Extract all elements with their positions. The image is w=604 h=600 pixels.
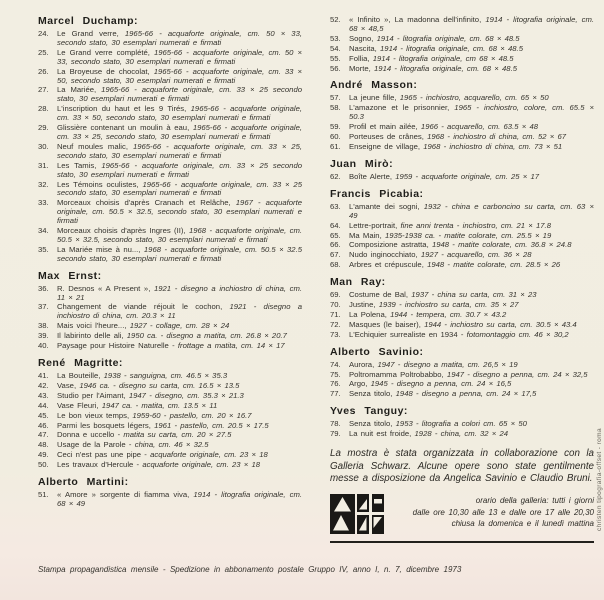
item-title: Aurora, xyxy=(349,360,377,369)
item-detail: 1927 - acquarello, cm. 36 × 28 xyxy=(421,250,532,259)
item-title: Senza titolo, xyxy=(349,389,396,398)
item-number: 42. xyxy=(38,382,49,391)
item-number: 67. xyxy=(330,251,341,260)
artist-heading: Yves Tanguy: xyxy=(330,406,594,417)
catalog-item: 29.Glissière contenant un moulin à eau, … xyxy=(38,124,302,142)
item-detail: 1968 - inchiostro di china, cm. 52 × 67 xyxy=(427,132,566,141)
item-number: 46. xyxy=(38,422,49,431)
item-number: 61. xyxy=(330,143,341,152)
catalog-item: 56.Morte, 1914 - litografia originale, c… xyxy=(330,65,594,74)
catalog-item: 48.Usage de la Parole - china, cm. 46 × … xyxy=(38,441,302,450)
item-title: Mais voici l'heure..., xyxy=(57,321,130,330)
item-number: 68. xyxy=(330,261,341,270)
item-number: 51. xyxy=(38,491,49,500)
item-title: Le Grand verre, xyxy=(57,29,125,38)
item-title: Costume de Bal, xyxy=(349,290,411,299)
item-title: L'amante dei sogni, xyxy=(349,202,424,211)
item-detail: 1935-1938 ca. - matite colorate, cm. 25.… xyxy=(385,231,551,240)
item-number: 55. xyxy=(330,55,341,64)
item-detail: fotomontaggio cm. 46 × 30,2 xyxy=(467,330,569,339)
item-title: Morte, xyxy=(349,64,374,73)
item-title: Follia, xyxy=(349,54,373,63)
item-detail: acquaforte originale, cm. 23 × 18 xyxy=(142,460,260,469)
item-title: Changement de viande réjouit le cochon, xyxy=(57,302,229,311)
item-detail: acquaforte originale, cm. 23 × 18 xyxy=(150,450,268,459)
item-detail: fine anni trenta - inchiostro, cm. 21 × … xyxy=(401,221,551,230)
catalog-item: 37.Changement de viande réjouit le cocho… xyxy=(38,303,302,321)
catalog-item: 39.Il labirinto delle ali, 1950 ca. - di… xyxy=(38,332,302,341)
item-detail: 1961 - pastello, cm. 20.5 × 17.5 xyxy=(154,421,269,430)
catalog-item: 61.Enseigne de village, 1968 - inchiostr… xyxy=(330,143,594,152)
item-number: 37. xyxy=(38,303,49,312)
exhibition-note: La mostra è stata organizzata in collabo… xyxy=(330,448,594,485)
schwarz-logo-icon xyxy=(330,494,384,534)
item-detail: 1947 - disegno, cm. 35.3 × 21.3 xyxy=(129,391,244,400)
item-title: Usage de la Parole - xyxy=(57,440,135,449)
catalog-item: 53.Sogno, 1914 - litografia originale, c… xyxy=(330,35,594,44)
item-number: 24. xyxy=(38,30,49,39)
catalog-item: 74.Aurora, 1947 - disegno a matita, cm. … xyxy=(330,361,594,370)
item-title: L'inscription du haut et les 9 Tirés, xyxy=(57,104,191,113)
item-title: Boîte Alerte, xyxy=(349,172,395,181)
catalog-item: 44.Vase Fleuri, 1947 ca. - matita, cm. 1… xyxy=(38,402,302,411)
item-number: 30. xyxy=(38,143,49,152)
catalog-item: 78.Senza titolo, 1953 - litografia a col… xyxy=(330,420,594,429)
item-detail: 1959 - acquaforte originale, cm. 25 × 17 xyxy=(395,172,539,181)
catalog-item: 79.La nuit est froide, 1928 - china, cm.… xyxy=(330,430,594,439)
catalog-item: 70.Justine, 1939 - inchiostro su carta, … xyxy=(330,301,594,310)
catalog-item: 28.L'inscription du haut et les 9 Tirés,… xyxy=(38,105,302,123)
catalog-item: 32.Les Témoins oculistes, 1965-66 - acqu… xyxy=(38,181,302,199)
item-detail: 1938 - sanguigna, cm. 46.5 × 35.3 xyxy=(104,371,228,380)
item-detail: 1945 - disegno a penna, cm. 24 × 16,5 xyxy=(371,379,512,388)
item-detail: 1965 - inchiostro, acquarello, cm. 65 × … xyxy=(400,93,549,102)
gallery-info-row: orario della galleria: tutti i giornidal… xyxy=(330,494,594,534)
item-title: La jeune fille, xyxy=(349,93,400,102)
artist-heading: Max Ernst: xyxy=(38,271,302,282)
item-number: 40. xyxy=(38,342,49,351)
catalog-item: 45.Le bon vieux temps, 1959-60 - pastell… xyxy=(38,412,302,421)
item-number: 50. xyxy=(38,461,49,470)
item-detail: 1947 ca. - matita, cm. 13.5 × 11 xyxy=(102,401,217,410)
item-number: 39. xyxy=(38,332,49,341)
artist-heading: Juan Mirò: xyxy=(330,159,594,170)
catalog-item: 62.Boîte Alerte, 1959 - acquaforte origi… xyxy=(330,173,594,182)
gallery-hours-line: orario della galleria: tutti i giorni xyxy=(384,495,594,507)
item-detail: frottage a matita, cm. 14 × 17 xyxy=(178,341,285,350)
gallery-hours-line: chiusa la domenica e il lunedì mattina xyxy=(384,518,594,530)
catalog-item: 25.Le Grand verre complété, 1965-66 - ac… xyxy=(38,49,302,67)
catalog-item: 75.Poltromamma Poltrobabbo, 1947 - diseg… xyxy=(330,371,594,380)
item-number: 29. xyxy=(38,124,49,133)
item-number: 35. xyxy=(38,246,49,255)
item-number: 76. xyxy=(330,380,341,389)
artist-heading: Francis Picabia: xyxy=(330,189,594,200)
item-number: 71. xyxy=(330,311,341,320)
item-title: Parmi les bosquets légers, xyxy=(57,421,154,430)
catalog-item: 73.L'Echiquier surrealiste en 1934 - fot… xyxy=(330,331,594,340)
item-detail: 1947 - disegno a penna, cm. 24 × 32,5 xyxy=(447,370,588,379)
item-title: Les travaux d'Hercule - xyxy=(57,460,142,469)
catalog-item: 26.La Broyeuse de chocolat, 1965-66 - ac… xyxy=(38,68,302,86)
item-title: Ma Main, xyxy=(349,231,385,240)
item-title: « Infinito », La madonna dell'infinito, xyxy=(349,15,485,24)
catalog-item: 51.« Amore » sorgente di fiamma viva, 19… xyxy=(38,491,302,509)
item-number: 77. xyxy=(330,390,341,399)
catalog-item: 54.Nascita, 1914 - litografia originale,… xyxy=(330,45,594,54)
item-title: « Amore » sorgente di fiamma viva, xyxy=(57,490,193,499)
item-title: Nudo inginocchiato, xyxy=(349,250,421,259)
item-title: Justine, xyxy=(349,300,379,309)
item-detail: 1944 - inchiostro su carta, cm. 30.5 × 4… xyxy=(424,320,577,329)
item-number: 57. xyxy=(330,94,341,103)
item-detail: 1914 - litografia originale, cm. 68 × 48… xyxy=(377,34,520,43)
catalog-item: 47.Donna e uccello - matita su carta, cm… xyxy=(38,431,302,440)
item-title: La Mariée, xyxy=(57,85,101,94)
left-column: Marcel Duchamp:24.Le Grand verre, 1965-6… xyxy=(38,16,302,510)
gallery-hours-line: dalle ore 10,30 alle 13 e dalle ore 17 a… xyxy=(384,507,594,519)
artist-heading: Alberto Martini: xyxy=(38,477,302,488)
item-title: Lettre-portrait, xyxy=(349,221,401,230)
item-detail: 1959-60 - pastello, cm. 20 × 16.7 xyxy=(132,411,251,420)
printer-credit: christen tipografia-offset - roma xyxy=(596,428,603,531)
catalog-item: 42.Vase, 1946 ca. - disegno su carta, cm… xyxy=(38,382,302,391)
item-number: 28. xyxy=(38,105,49,114)
item-title: La Mariée mise à nu..., xyxy=(57,245,144,254)
item-number: 49. xyxy=(38,451,49,460)
item-title: Le Grand verre complété, xyxy=(57,48,154,57)
item-detail: 1914 - litografia originale, cm. 68 × 48… xyxy=(380,44,523,53)
item-number: 33. xyxy=(38,199,49,208)
item-title: Arbres et crépuscule, xyxy=(349,260,427,269)
item-title: La Broyeuse de chocolat, xyxy=(57,67,154,76)
item-number: 31. xyxy=(38,162,49,171)
catalog-item: 60.Porteuses de crânes, 1968 - inchiostr… xyxy=(330,133,594,142)
divider-rule xyxy=(330,541,594,543)
item-number: 62. xyxy=(330,173,341,182)
item-title: Argo, xyxy=(349,379,371,388)
item-title: L'amazone et le prisonnier, xyxy=(349,103,454,112)
item-number: 59. xyxy=(330,123,341,132)
catalog-item: 35.La Mariée mise à nu..., 1968 - acquaf… xyxy=(38,246,302,264)
item-title: Composizione astratta, xyxy=(349,240,432,249)
item-title: Les Témoins oculistes, xyxy=(57,180,142,189)
item-number: 41. xyxy=(38,372,49,381)
item-detail: china, cm. 46 × 32.5 xyxy=(135,440,209,449)
item-number: 27. xyxy=(38,86,49,95)
catalog-item: 34.Morceaux choisis d'après Ingres (II),… xyxy=(38,227,302,245)
artist-heading: Marcel Duchamp: xyxy=(38,16,302,27)
catalog-item: 27.La Mariée, 1965-66 - acquaforte origi… xyxy=(38,86,302,104)
catalog-item: 55.Follia, 1914 - litografia originale, … xyxy=(330,55,594,64)
item-number: 63. xyxy=(330,203,341,212)
catalog-item: 41.La Bouteille, 1938 - sanguigna, cm. 4… xyxy=(38,372,302,381)
item-title: Ceci n'est pas une pipe - xyxy=(57,450,150,459)
item-detail: 1914 - litografia originale, cm. 68 × 48… xyxy=(374,64,517,73)
item-number: 32. xyxy=(38,181,49,190)
item-number: 48. xyxy=(38,441,49,450)
item-title: Vase Fleuri, xyxy=(57,401,102,410)
artist-heading: Man Ray: xyxy=(330,277,594,288)
gallery-hours: orario della galleria: tutti i giornidal… xyxy=(384,494,594,530)
item-title: Masques (le baiser), xyxy=(349,320,424,329)
item-title: Profil et main ailée, xyxy=(349,122,421,131)
item-number: 78. xyxy=(330,420,341,429)
catalog-item: 65.Ma Main, 1935-1938 ca. - matite color… xyxy=(330,232,594,241)
item-number: 66. xyxy=(330,241,341,250)
item-number: 44. xyxy=(38,402,49,411)
item-detail: matita su carta, cm. 20 × 27.5 xyxy=(123,430,231,439)
imprint-line: Stampa propagandistica mensile - Spedizi… xyxy=(38,565,578,574)
item-number: 34. xyxy=(38,227,49,236)
artist-heading: André Masson: xyxy=(330,80,594,91)
item-title: Neuf moules malic, xyxy=(57,142,133,151)
item-detail: 1968 - inchiostro di china, cm. 73 × 51 xyxy=(423,142,562,151)
item-title: Il labirinto delle ali, xyxy=(57,331,127,340)
item-title: Les Tamis, xyxy=(57,161,101,170)
item-detail: 1948 - matite colorate, cm. 36.8 × 24.8 xyxy=(432,240,572,249)
item-number: 36. xyxy=(38,285,49,294)
item-title: Studio per l'Aimant, xyxy=(57,391,129,400)
item-title: La Polena, xyxy=(349,310,390,319)
item-title: L'Echiquier surrealiste en 1934 - xyxy=(349,330,467,339)
item-title: R. Desnos « A Present », xyxy=(57,284,154,293)
item-number: 38. xyxy=(38,322,49,331)
item-title: La nuit est froide, xyxy=(349,429,415,438)
catalog-item: 43.Studio per l'Aimant, 1947 - disegno, … xyxy=(38,392,302,401)
item-detail: 1928 - china, cm. 32 × 24 xyxy=(415,429,509,438)
item-number: 60. xyxy=(330,133,341,142)
item-title: La Bouteille, xyxy=(57,371,104,380)
item-title: Enseigne de village, xyxy=(349,142,423,151)
catalog-item: 31.Les Tamis, 1965-66 - acquaforte origi… xyxy=(38,162,302,180)
item-number: 53. xyxy=(330,35,341,44)
catalog-item: 30.Neuf moules malic, 1965-66 - acquafor… xyxy=(38,143,302,161)
item-detail: 1953 - litografia a colori cm. 65 × 50 xyxy=(396,419,527,428)
item-title: Le bon vieux temps, xyxy=(57,411,132,420)
artist-heading: René Magritte: xyxy=(38,358,302,369)
catalog-item: 76.Argo, 1945 - disegno a penna, cm. 24 … xyxy=(330,380,594,389)
item-number: 64. xyxy=(330,222,341,231)
item-number: 43. xyxy=(38,392,49,401)
item-number: 70. xyxy=(330,301,341,310)
catalog-item: 40.Paysage pour Histoire Naturelle - fro… xyxy=(38,342,302,351)
item-detail: 1944 - tempera, cm. 30.7 × 43.2 xyxy=(390,310,506,319)
catalog-item: 24.Le Grand verre, 1965-66 - acquaforte … xyxy=(38,30,302,48)
catalog-page: Marcel Duchamp:24.Le Grand verre, 1965-6… xyxy=(0,0,604,600)
item-number: 47. xyxy=(38,431,49,440)
item-number: 45. xyxy=(38,412,49,421)
item-number: 79. xyxy=(330,430,341,439)
item-detail: 1939 - inchiostro su carta, cm. 35 × 27 xyxy=(379,300,519,309)
item-title: Glissière contenant un moulin à eau, xyxy=(57,123,193,132)
catalog-item: 77.Senza titolo, 1948 - disegno a penna,… xyxy=(330,390,594,399)
item-detail: 1914 - litografia originale, cm 68 × 48.… xyxy=(373,54,514,63)
catalog-item: 50.Les travaux d'Hercule - acquaforte or… xyxy=(38,461,302,470)
catalog-item: 67.Nudo inginocchiato, 1927 - acquarello… xyxy=(330,251,594,260)
catalog-item: 38.Mais voici l'heure..., 1927 - collage… xyxy=(38,322,302,331)
item-number: 58. xyxy=(330,104,341,113)
item-number: 56. xyxy=(330,65,341,74)
item-title: Vase, xyxy=(57,381,79,390)
catalog-item: 52.« Infinito », La madonna dell'infinit… xyxy=(330,16,594,34)
catalog-item: 59.Profil et main ailée, 1966 - acquarel… xyxy=(330,123,594,132)
item-detail: 1966 - acquarello, cm. 63.5 × 48 xyxy=(421,122,538,131)
item-title: Nascita, xyxy=(349,44,380,53)
catalog-item: 33.Morceaux choisis d'après Cranach et R… xyxy=(38,199,302,226)
item-title: Poltromamma Poltrobabbo, xyxy=(349,370,447,379)
item-number: 73. xyxy=(330,331,341,340)
catalog-item: 49.Ceci n'est pas une pipe - acquaforte … xyxy=(38,451,302,460)
item-title: Paysage pour Histoire Naturelle - xyxy=(57,341,178,350)
artist-heading: Alberto Savinio: xyxy=(330,347,594,358)
item-detail: 1948 - matite colorate, cm. 28.5 × 26 xyxy=(427,260,560,269)
item-number: 69. xyxy=(330,291,341,300)
item-title: Porteuses de crânes, xyxy=(349,132,427,141)
item-detail: 1947 - disegno a matita, cm. 26,5 × 19 xyxy=(377,360,517,369)
item-detail: 1946 ca. - disegno su carta, cm. 16.5 × … xyxy=(79,381,239,390)
catalog-item: 72.Masques (le baiser), 1944 - inchiostr… xyxy=(330,321,594,330)
item-detail: 1948 - disegno a penna, cm. 24 × 17,5 xyxy=(396,389,537,398)
item-title: Morceaux choisis d'après Ingres (II), xyxy=(57,226,189,235)
catalog-item: 57.La jeune fille, 1965 - inchiostro, ac… xyxy=(330,94,594,103)
item-title: Senza titolo, xyxy=(349,419,396,428)
catalog-item: 46.Parmi les bosquets légers, 1961 - pas… xyxy=(38,422,302,431)
item-title: Morceaux choisis d'après Cranach et Relâ… xyxy=(57,198,236,207)
catalog-item: 68.Arbres et crépuscule, 1948 - matite c… xyxy=(330,261,594,270)
catalog-item: 63.L'amante dei sogni, 1932 - china e ca… xyxy=(330,203,594,221)
item-title: Donna e uccello - xyxy=(57,430,123,439)
item-number: 26. xyxy=(38,68,49,77)
item-detail: 1937 - china su carta, cm. 31 × 23 xyxy=(411,290,536,299)
item-number: 65. xyxy=(330,232,341,241)
gallery-logo xyxy=(330,494,384,534)
item-title: Sogno, xyxy=(349,34,377,43)
catalog-item: 64.Lettre-portrait, fine anni trenta - i… xyxy=(330,222,594,231)
item-number: 72. xyxy=(330,321,341,330)
item-number: 52. xyxy=(330,16,341,25)
item-number: 54. xyxy=(330,45,341,54)
right-column: 52.« Infinito », La madonna dell'infinit… xyxy=(330,16,594,543)
item-detail: 1927 - collage, cm. 28 × 24 xyxy=(130,321,230,330)
item-number: 25. xyxy=(38,49,49,58)
catalog-item: 69.Costume de Bal, 1937 - china su carta… xyxy=(330,291,594,300)
catalog-item: 66.Composizione astratta, 1948 - matite … xyxy=(330,241,594,250)
item-number: 75. xyxy=(330,371,341,380)
catalog-item: 58.L'amazone et le prisonnier, 1965 - in… xyxy=(330,104,594,122)
item-detail: 1950 ca. - disegno a matita, cm. 26.8 × … xyxy=(127,331,287,340)
item-number: 74. xyxy=(330,361,341,370)
catalog-item: 71.La Polena, 1944 - tempera, cm. 30.7 ×… xyxy=(330,311,594,320)
catalog-item: 36.R. Desnos « A Present », 1921 - diseg… xyxy=(38,285,302,303)
